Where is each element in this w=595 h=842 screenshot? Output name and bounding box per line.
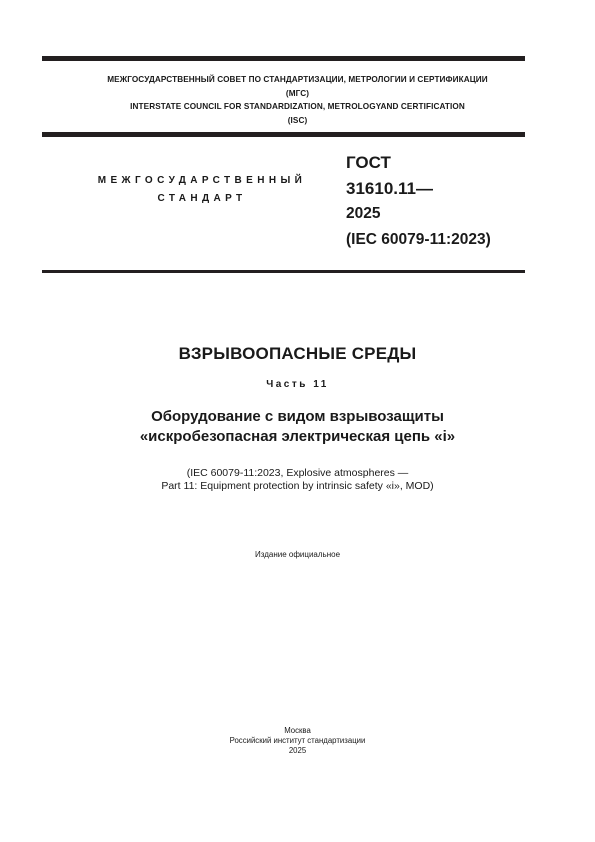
standard-designation: ГОСТ 31610.11— 2025 (IEC 60079-11:2023)	[346, 150, 491, 252]
edition-label: Издание официальное	[0, 550, 595, 559]
council-header: МЕЖГОСУДАРСТВЕННЫЙ СОВЕТ ПО СТАНДАРТИЗАЦ…	[0, 73, 595, 127]
document-subtitle: Оборудование с видом взрывозащиты «искро…	[0, 407, 595, 447]
council-abbr-ru: (МГС)	[0, 87, 595, 101]
standard-type: МЕЖГОСУДАРСТВЕННЫЙ СТАНДАРТ	[62, 172, 342, 208]
gost-year: 2025	[346, 201, 491, 227]
imprint-city: Москва	[0, 726, 595, 736]
top-rule	[42, 56, 525, 61]
subtitle-line1: Оборудование с видом взрывозащиты	[0, 407, 595, 427]
council-name-ru: МЕЖГОСУДАРСТВЕННЫЙ СОВЕТ ПО СТАНДАРТИЗАЦ…	[0, 73, 595, 87]
iec-reference-line2: Part 11: Equipment protection by intrins…	[0, 480, 595, 493]
document-title: ВЗРЫВООПАСНЫЕ СРЕДЫ	[0, 344, 595, 364]
standard-type-line2: СТАНДАРТ	[62, 190, 342, 208]
part-number: Часть 11	[0, 379, 595, 390]
council-abbr-en: (ISC)	[0, 114, 595, 128]
subtitle-line2: «искробезопасная электрическая цепь «i»	[0, 427, 595, 447]
designation-rule	[42, 270, 525, 273]
imprint-publisher: Российский институт стандартизации	[0, 736, 595, 746]
header-rule	[42, 132, 525, 137]
council-name-en: INTERSTATE COUNCIL FOR STANDARDIZATION, …	[0, 100, 595, 114]
iec-reference: (IEC 60079-11:2023, Explosive atmosphere…	[0, 467, 595, 493]
iec-designation: (IEC 60079-11:2023)	[346, 227, 491, 253]
gost-prefix: ГОСТ	[346, 150, 491, 176]
iec-reference-line1: (IEC 60079-11:2023, Explosive atmosphere…	[0, 467, 595, 480]
imprint: Москва Российский институт стандартизаци…	[0, 726, 595, 756]
imprint-year: 2025	[0, 746, 595, 756]
gost-number: 31610.11—	[346, 176, 491, 202]
standard-type-line1: МЕЖГОСУДАРСТВЕННЫЙ	[62, 172, 342, 190]
